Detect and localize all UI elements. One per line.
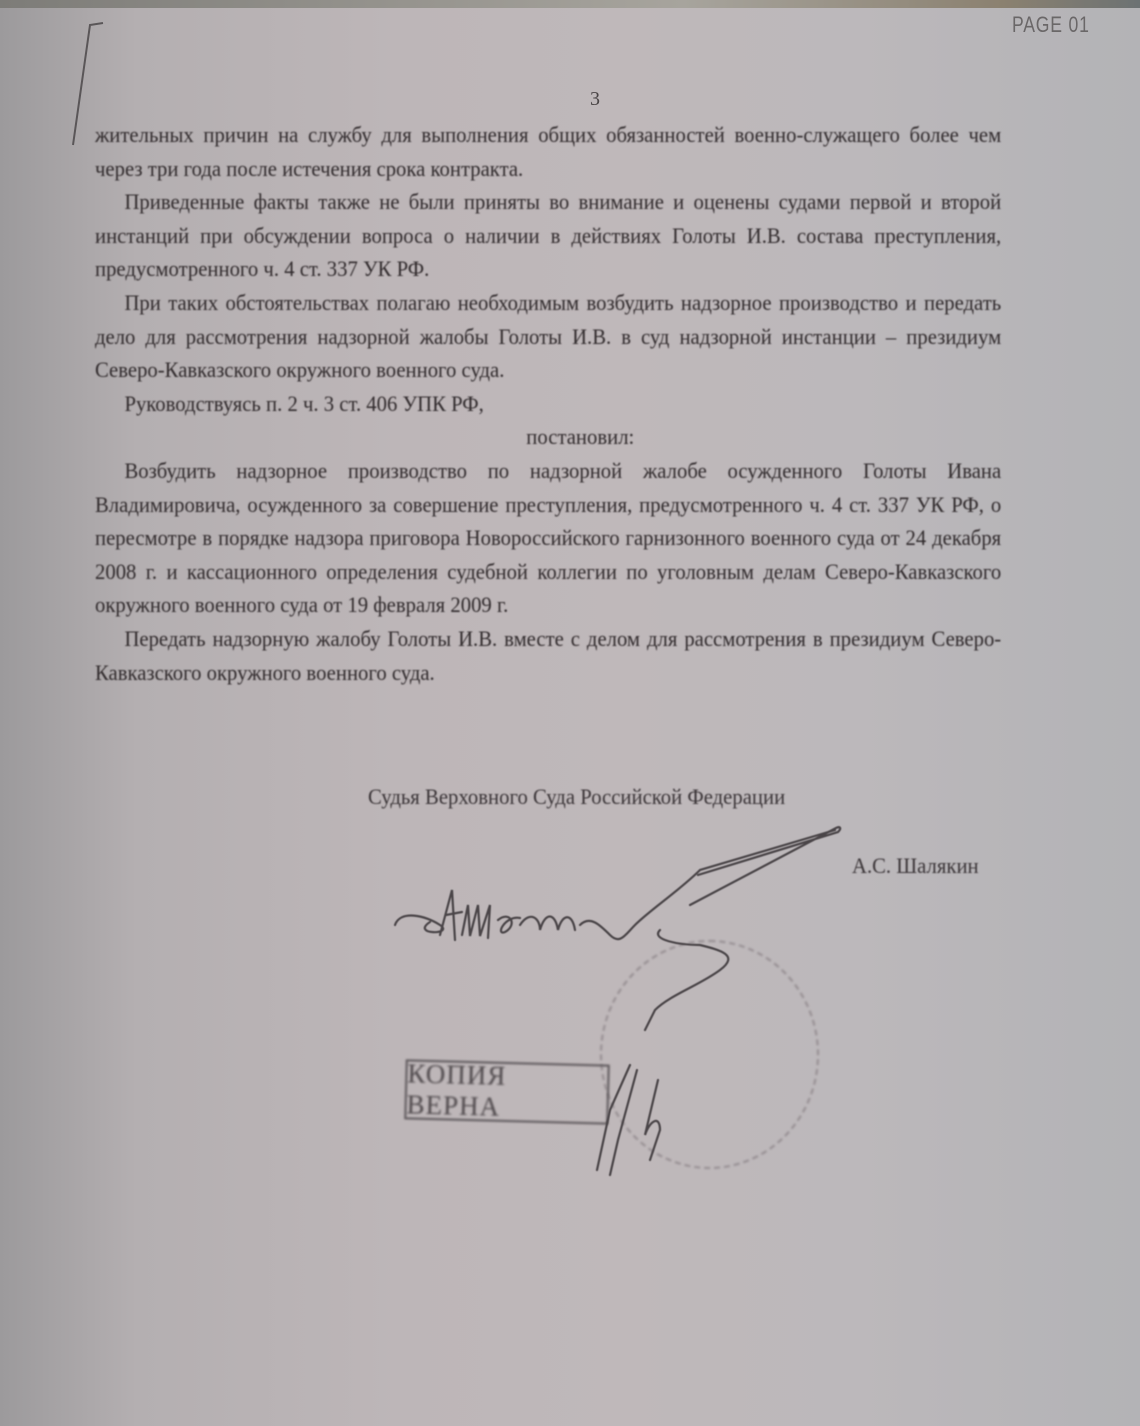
handwritten-signature [0, 0, 1140, 1426]
